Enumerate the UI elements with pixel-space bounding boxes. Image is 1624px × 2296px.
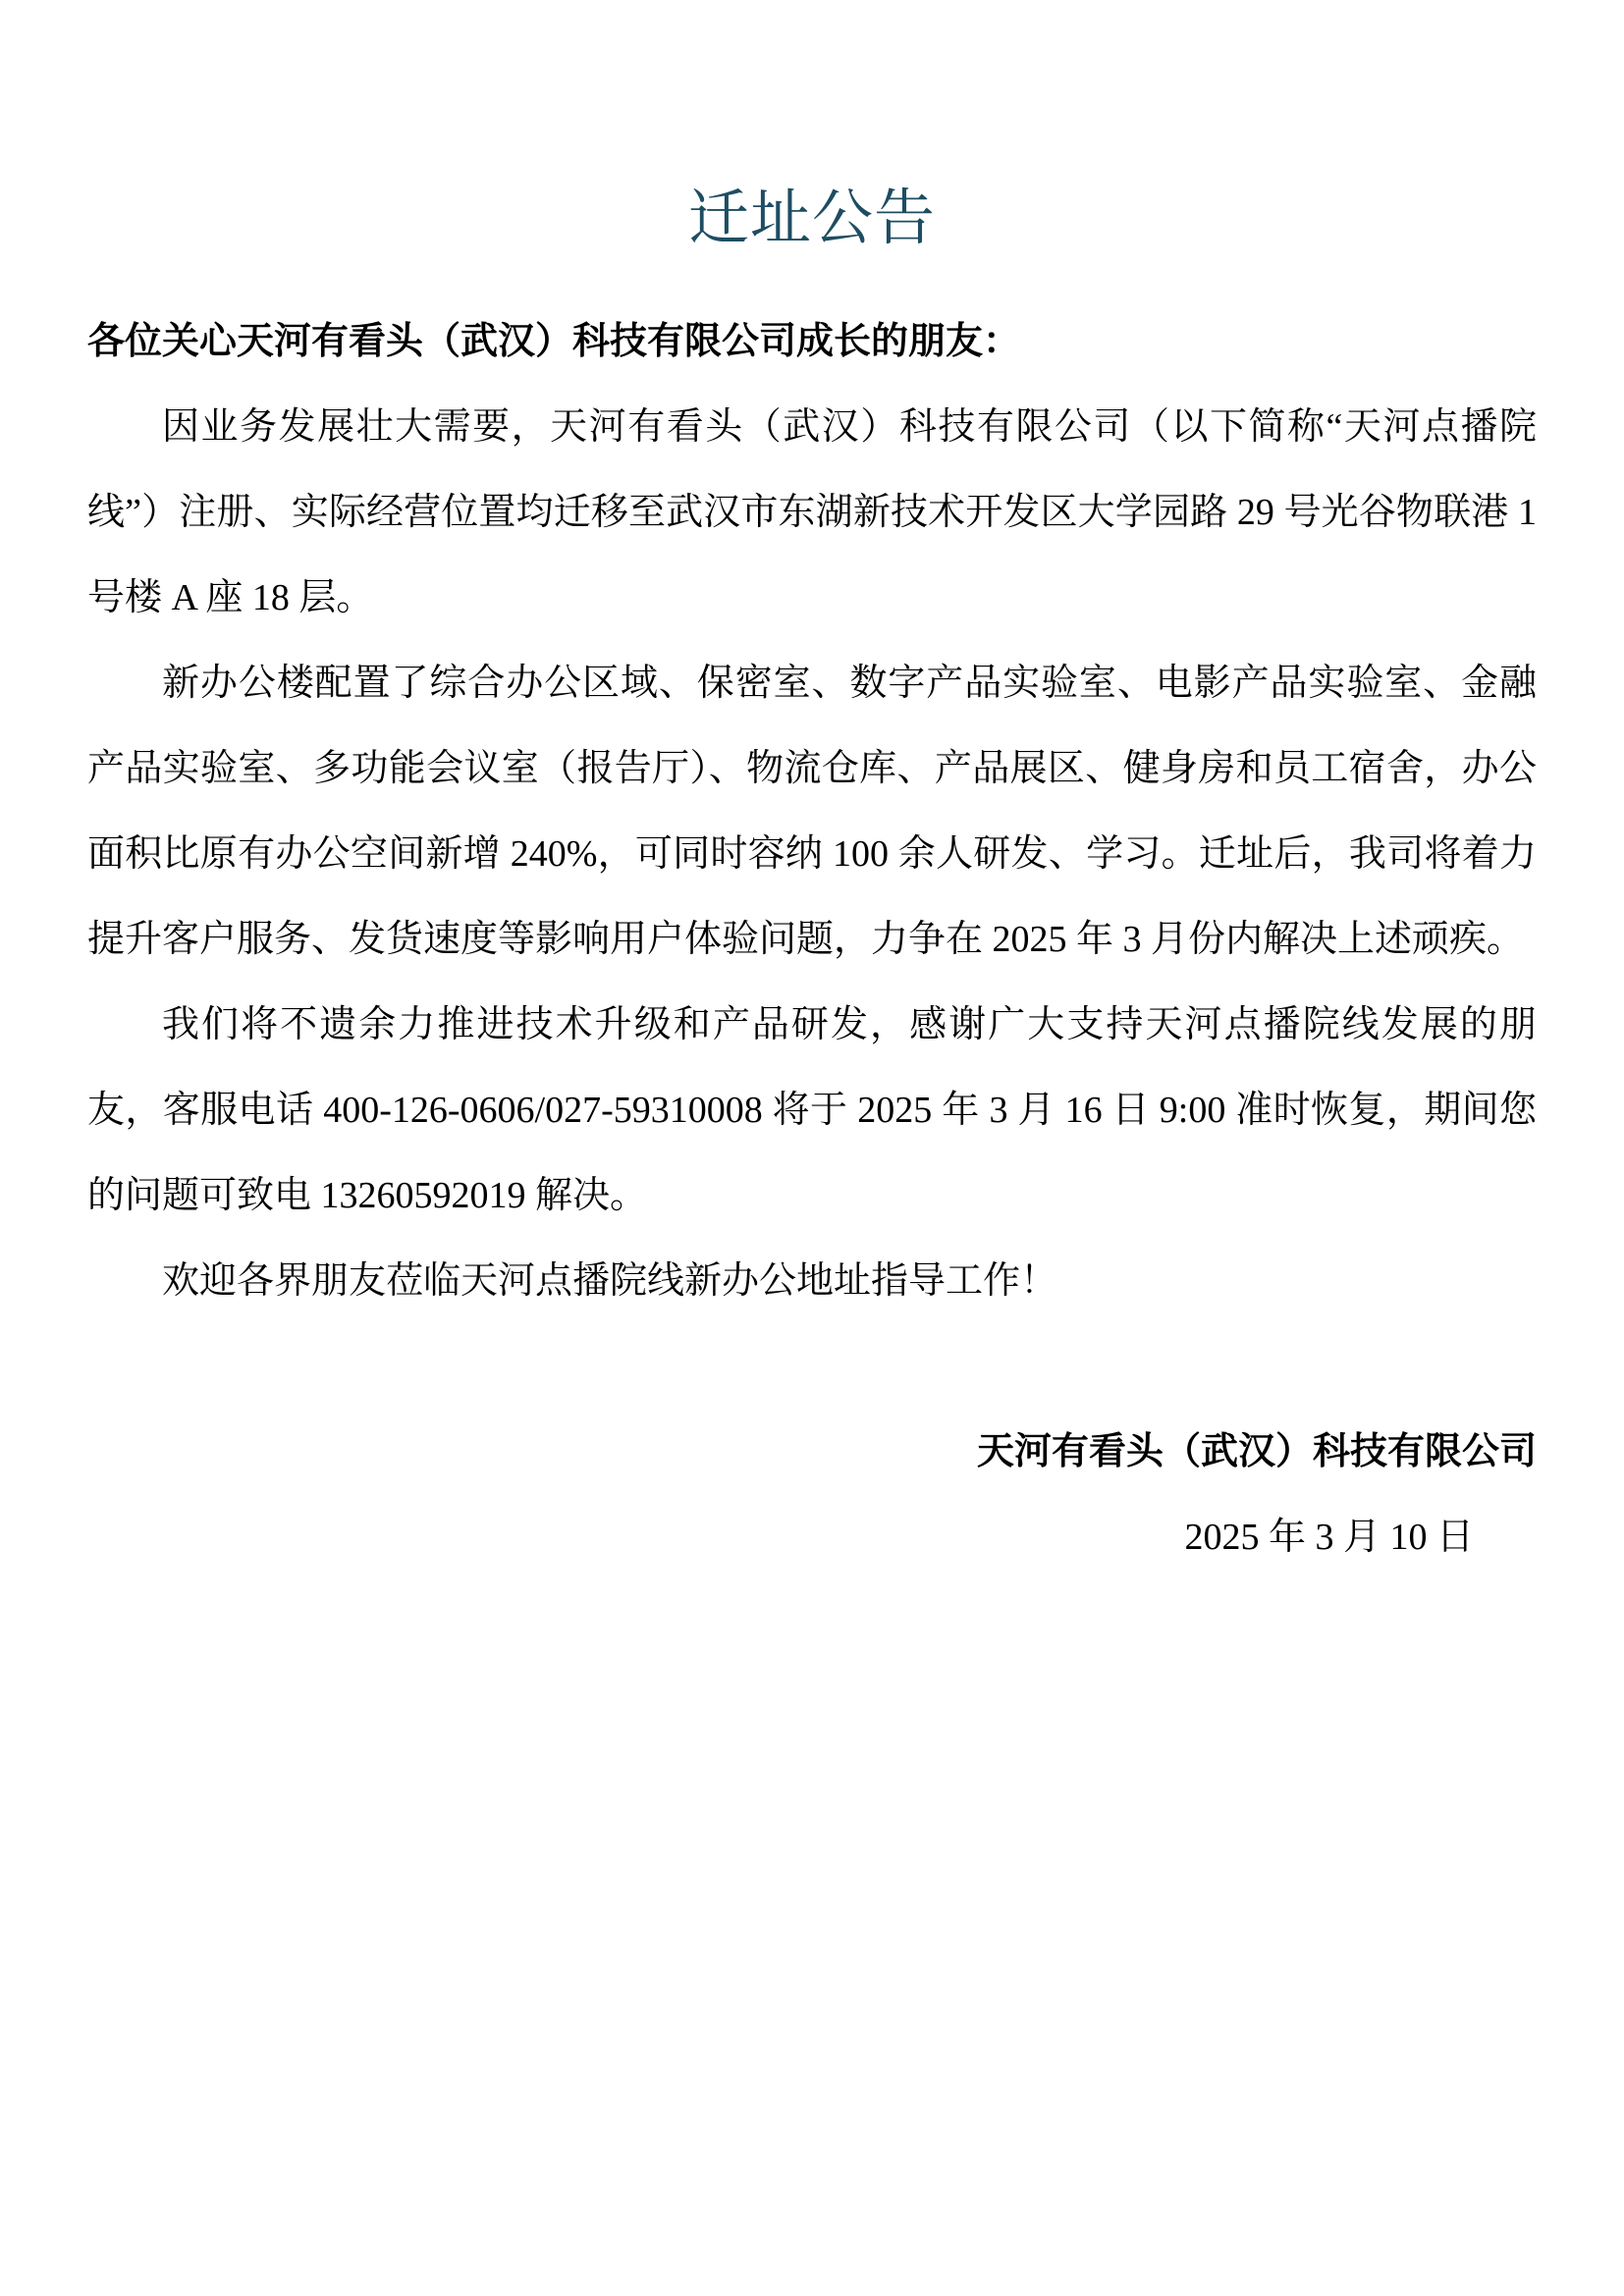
paragraph-service-hotline: 我们将不遗余力推进技术升级和产品研发，感谢广大支持天河点播院线发展的朋友，客服电… <box>87 983 1537 1239</box>
document-page: 迁址公告 各位关心天河有看头（武汉）科技有限公司成长的朋友： 因业务发展壮大需要… <box>0 0 1624 2296</box>
salutation-line: 各位关心天河有看头（武汉）科技有限公司成长的朋友： <box>87 299 1537 385</box>
signature-company-name: 天河有看头（武汉）科技有限公司 <box>87 1410 1537 1495</box>
signature-block: 天河有看头（武汉）科技有限公司 2025 年 3 月 10 日 <box>87 1410 1537 1580</box>
document-content: 迁址公告 各位关心天河有看头（武汉）科技有限公司成长的朋友： 因业务发展壮大需要… <box>87 0 1537 1580</box>
signature-date: 2025 年 3 月 10 日 <box>87 1495 1537 1580</box>
page-title: 迁址公告 <box>87 0 1537 255</box>
paragraph-new-office-facilities: 新办公楼配置了综合办公区域、保密室、数字产品实验室、电影产品实验室、金融产品实验… <box>87 641 1537 983</box>
paragraph-welcome: 欢迎各界朋友莅临天河点播院线新办公地址指导工作！ <box>87 1239 1537 1324</box>
paragraph-relocation-address: 因业务发展壮大需要，天河有看头（武汉）科技有限公司（以下简称“天河点播院线”）注… <box>87 385 1537 641</box>
